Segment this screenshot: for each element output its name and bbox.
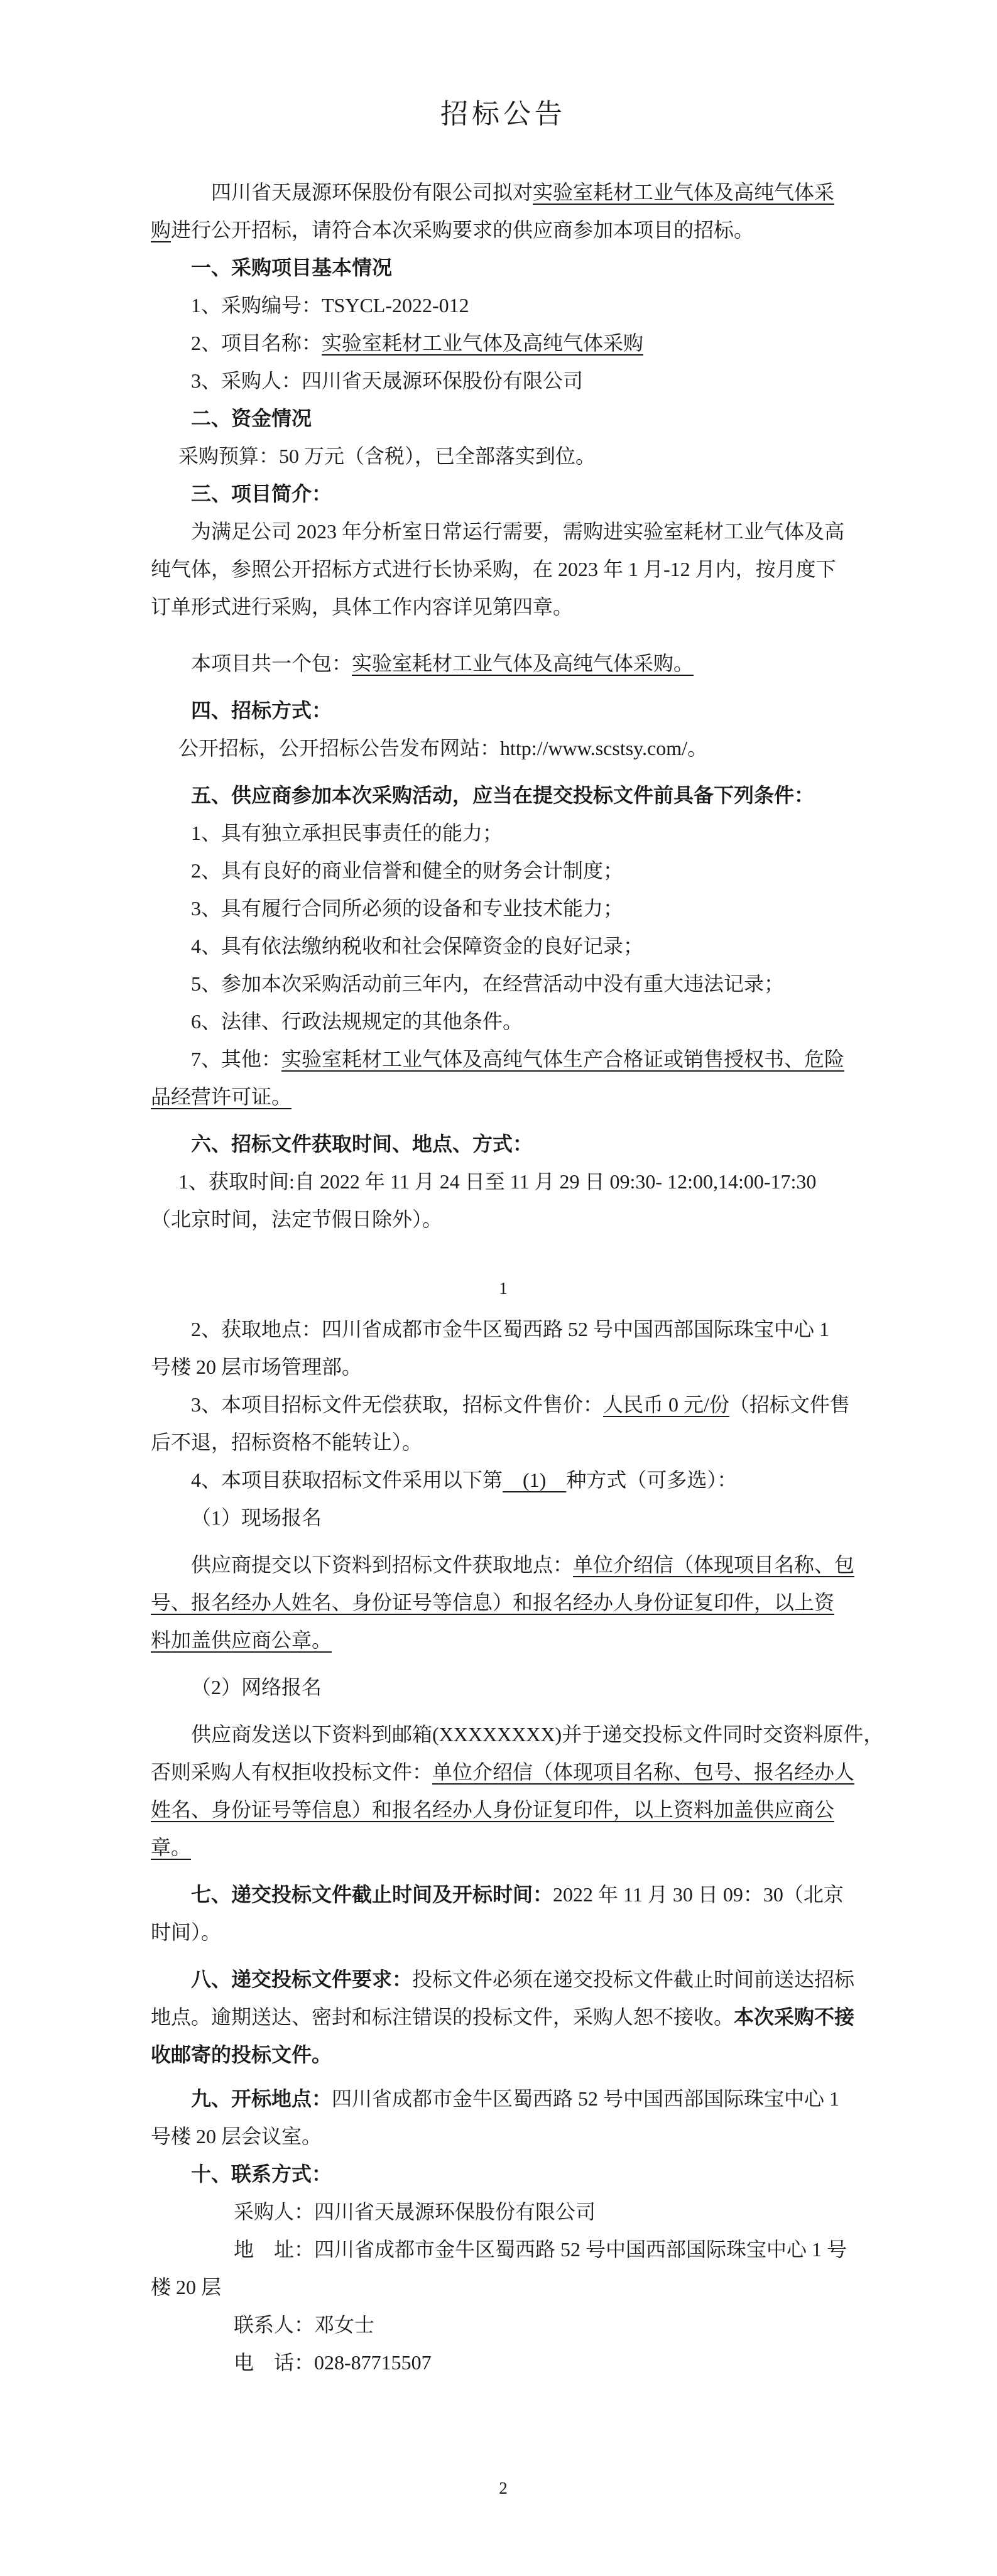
text-segment: 号、报名经办人姓名、身份证号等信息）和报名经办人身份证复印件，以上资 (151, 1591, 834, 1614)
doc-line: 2、项目名称：实验室耗材工业气体及高纯气体采购 (151, 324, 856, 362)
doc-line: 时间）。 (151, 1913, 856, 1951)
text-segment: 公开招标，公开招标公告发布网站：http://www.scstsy.com/。 (178, 737, 707, 759)
doc-line: 供应商提交以下资料到招标文件获取地点：单位介绍信（体现项目名称、包 (151, 1546, 856, 1584)
text-segment: 2、获取地点：四川省成都市金牛区蜀西路 52 号中国西部国际珠宝中心 1 (191, 1318, 829, 1340)
page-number: 2 (151, 2472, 856, 2504)
doc-line: 十、联系方式： (151, 2155, 856, 2193)
text-segment: 1、具有独立承担民事责任的能力； (191, 822, 503, 844)
text-segment: 时间）。 (151, 1921, 221, 1943)
doc-line: 否则采购人有权拒收投标文件：单位介绍信（体现项目名称、包号、报名经办人 (151, 1753, 856, 1791)
text-segment: 号楼 20 层会议室。 (151, 2125, 322, 2148)
text-segment: 六、招标文件获取时间、地点、方式： (191, 1133, 533, 1155)
doc-line: 八、递交投标文件要求：投标文件必须在递交投标文件截止时间前送达招标 (151, 1960, 856, 1998)
text-segment: 单位介绍信（体现项目名称、包 (573, 1553, 854, 1576)
text-segment: 人民币 0 元/份 (603, 1393, 729, 1416)
doc-line: 7、其他：实验室耗材工业气体及高纯气体生产合格证或销售授权书、危险 (151, 1040, 856, 1078)
doc-line: 4、具有依法缴纳税收和社会保障资金的良好记录； (151, 927, 856, 965)
text-segment: 3、具有履行合同所必须的设备和专业技术能力； (191, 897, 623, 920)
text-segment: 料加盖供应商公章。 (151, 1629, 332, 1651)
text-segment: 订单形式进行采购，具体工作内容详见第四章。 (151, 595, 573, 618)
text-segment: （北京时间，法定节假日除外）。 (151, 1208, 442, 1231)
text-segment: 后不退，招标资格不能转让）。 (151, 1431, 422, 1454)
doc-line: 供应商发送以下资料到邮箱(XXXXXXXX)并于递交投标文件同时交资料原件， (151, 1715, 856, 1753)
doc-line: 1、采购编号：TSYCL-2022-012 (151, 286, 856, 324)
doc-line: 楼 20 层 (151, 2268, 856, 2306)
text-segment: 供应商提交以下资料到招标文件获取地点： (191, 1553, 573, 1576)
text-segment: 实验室耗材工业气体及高纯气体采 (533, 181, 834, 204)
doc-line: 公开招标，公开招标公告发布网站：http://www.scstsy.com/。 (151, 729, 856, 767)
text-segment: 实验室耗材工业气体及高纯气体采购 (322, 332, 643, 354)
text-segment: 单位介绍信（体现项目名称、包号、报名经办人 (432, 1761, 854, 1783)
document-title: 招标公告 (151, 94, 856, 134)
doc-line: 联系人：邓女士 (151, 2306, 856, 2344)
doc-line: 后不退，招标资格不能转让）。 (151, 1423, 856, 1461)
text-segment: (1) (503, 1469, 566, 1491)
doc-line: 电 话：028-87715507 (151, 2344, 856, 2381)
text-segment: 八、递交投标文件要求： (191, 1968, 412, 1991)
text-segment: 1 (499, 1279, 508, 1298)
text-segment: 采购人：四川省天晟源环保股份有限公司 (234, 2200, 596, 2223)
text-segment: 四川省天晟源环保股份有限公司拟对 (211, 181, 533, 204)
text-segment: 姓名、身份证号等信息）和报名经办人身份证复印件，以上资料加盖供应商公 (151, 1798, 834, 1821)
text-segment: 实验室耗材工业气体及高纯气体采购。 (352, 652, 694, 675)
doc-line: 2、获取地点：四川省成都市金牛区蜀西路 52 号中国西部国际珠宝中心 1 (151, 1310, 856, 1348)
doc-line: 姓名、身份证号等信息）和报名经办人身份证复印件，以上资料加盖供应商公 (151, 1791, 856, 1829)
text-segment: 为满足公司 2023 年分析室日常运行需要，需购进实验室耗材工业气体及高 (191, 520, 844, 543)
doc-line: 号、报名经办人姓名、身份证号等信息）和报名经办人身份证复印件，以上资 (151, 1584, 856, 1621)
doc-line: （2）网络报名 (151, 1668, 856, 1706)
text-segment: 地 址：四川省成都市金牛区蜀西路 52 号中国西部国际珠宝中心 1 号 (234, 2238, 847, 2261)
doc-line: 三、项目简介： (151, 475, 856, 513)
doc-line: 购进行公开招标，请符合本次采购要求的供应商参加本项目的招标。 (151, 211, 856, 249)
document-body: 四川省天晟源环保股份有限公司拟对实验室耗材工业气体及高纯气体采购进行公开招标，请… (151, 173, 856, 2504)
doc-line: 5、参加本次采购活动前三年内，在经营活动中没有重大违法记录； (151, 965, 856, 1003)
doc-line: 本项目共一个包：实验室耗材工业气体及高纯气体采购。 (151, 644, 856, 682)
doc-line: 收邮寄的投标文件。 (151, 2036, 856, 2073)
text-segment: （2）网络报名 (191, 1676, 322, 1698)
text-segment: 章。 (151, 1836, 191, 1859)
text-segment: 7、其他： (191, 1048, 281, 1070)
text-segment: 电 话：028-87715507 (234, 2351, 432, 2374)
text-segment: 品经营许可证。 (151, 1085, 291, 1108)
text-segment: 三、项目简介： (191, 482, 332, 505)
text-segment: 七、递交投标文件截止时间及开标时间： (191, 1883, 553, 1906)
doc-line: 七、递交投标文件截止时间及开标时间：2022 年 11 月 30 日 09：30… (151, 1876, 856, 1913)
text-segment: 1、获取时间:自 2022 年 11 月 24 日至 11 月 29 日 09:… (178, 1170, 816, 1193)
text-segment: 本项目共一个包： (191, 652, 352, 675)
text-segment: 联系人：邓女士 (234, 2313, 374, 2336)
text-segment: 实验室耗材工业气体及高纯气体生产合格证或销售授权书、危险 (281, 1048, 844, 1070)
doc-line: 地点。逾期送达、密封和标注错误的投标文件，采购人恕不接收。本次采购不接 (151, 1998, 856, 2036)
text-segment: 2022 年 11 月 30 日 09：30（北京 (553, 1883, 844, 1906)
text-segment: 四川省成都市金牛区蜀西路 52 号中国西部国际珠宝中心 1 (332, 2087, 839, 2110)
doc-line: 二、资金情况 (151, 399, 856, 437)
document-page: 招标公告 四川省天晟源环保股份有限公司拟对实验室耗材工业气体及高纯气体采购进行公… (0, 0, 997, 2576)
doc-line: 五、供应商参加本次采购活动，应当在提交投标文件前具备下列条件： (151, 776, 856, 814)
text-segment: 购 (151, 219, 171, 241)
page-number: 1 (151, 1273, 856, 1304)
text-segment: 收邮寄的投标文件。 (151, 2043, 332, 2066)
doc-line: （北京时间，法定节假日除外）。 (151, 1200, 856, 1238)
text-segment: 4、本项目获取招标文件采用以下第 (191, 1469, 503, 1491)
doc-line: 纯气体，参照公开招标方式进行长协采购，在 2023 年 1 月-12 月内，按月… (151, 550, 856, 588)
doc-line: 为满足公司 2023 年分析室日常运行需要，需购进实验室耗材工业气体及高 (151, 513, 856, 550)
text-segment: 二、资金情况 (191, 407, 312, 430)
doc-line: 六、招标文件获取时间、地点、方式： (151, 1125, 856, 1163)
text-segment: 3、本项目招标文件无偿获取，招标文件售价： (191, 1393, 603, 1416)
doc-line: 料加盖供应商公章。 (151, 1621, 856, 1659)
text-segment: 种方式（可多选）： (566, 1469, 737, 1491)
text-segment: 本次采购不接 (734, 2006, 854, 2028)
doc-line: 章。 (151, 1829, 856, 1866)
text-segment: 十、联系方式： (191, 2163, 332, 2185)
doc-line: （1）现场报名 (151, 1499, 856, 1536)
text-segment: 3、采购人：四川省天晟源环保股份有限公司 (191, 369, 583, 392)
text-segment: 2、具有良好的商业信誉和健全的财务会计制度； (191, 859, 623, 882)
doc-line: 4、本项目获取招标文件采用以下第 (1) 种方式（可多选）： (151, 1461, 856, 1499)
doc-line: 四川省天晟源环保股份有限公司拟对实验室耗材工业气体及高纯气体采 (151, 173, 856, 211)
doc-line: 2、具有良好的商业信誉和健全的财务会计制度； (151, 852, 856, 889)
text-segment: 九、开标地点： (191, 2087, 332, 2110)
doc-line: 采购预算：50 万元（含税），已全部落实到位。 (151, 437, 856, 475)
text-segment: （1）现场报名 (191, 1506, 322, 1529)
doc-line: 1、具有独立承担民事责任的能力； (151, 814, 856, 852)
text-segment: 1、采购编号：TSYCL-2022-012 (191, 294, 469, 317)
text-segment: （招标文件售 (729, 1393, 850, 1416)
text-segment: 投标文件必须在递交投标文件截止时间前送达招标 (412, 1968, 854, 1991)
text-segment: 号楼 20 层市场管理部。 (151, 1356, 362, 1378)
doc-line: 号楼 20 层市场管理部。 (151, 1348, 856, 1386)
doc-line: 地 址：四川省成都市金牛区蜀西路 52 号中国西部国际珠宝中心 1 号 (151, 2231, 856, 2268)
doc-line: 3、具有履行合同所必须的设备和专业技术能力； (151, 889, 856, 927)
doc-line: 3、本项目招标文件无偿获取，招标文件售价：人民币 0 元/份（招标文件售 (151, 1386, 856, 1423)
text-segment: 6、法律、行政法规规定的其他条件。 (191, 1010, 523, 1033)
text-segment: 采购预算：50 万元（含税），已全部落实到位。 (178, 445, 596, 467)
text-segment: 一、采购项目基本情况 (191, 256, 392, 279)
text-segment: 否则采购人有权拒收投标文件： (151, 1761, 432, 1783)
text-segment: 4、具有依法缴纳税收和社会保障资金的良好记录； (191, 935, 643, 957)
text-segment: 五、供应商参加本次采购活动，应当在提交投标文件前具备下列条件： (191, 784, 814, 807)
doc-line: 采购人：四川省天晟源环保股份有限公司 (151, 2193, 856, 2231)
text-segment: 2、项目名称： (191, 332, 322, 354)
doc-line: 6、法律、行政法规规定的其他条件。 (151, 1003, 856, 1040)
text-segment: 供应商发送以下资料到邮箱(XXXXXXXX)并于递交投标文件同时交资料原件， (191, 1723, 883, 1746)
text-segment: 四、招标方式： (191, 699, 332, 722)
text-segment: 楼 20 层 (151, 2276, 221, 2298)
text-segment: 纯气体，参照公开招标方式进行长协采购，在 2023 年 1 月-12 月内，按月… (151, 558, 836, 580)
text-segment: 5、参加本次采购活动前三年内，在经营活动中没有重大违法记录； (191, 972, 784, 995)
text-segment: 2 (499, 2479, 508, 2497)
doc-line: 1、获取时间:自 2022 年 11 月 24 日至 11 月 29 日 09:… (151, 1163, 856, 1200)
doc-line: 九、开标地点：四川省成都市金牛区蜀西路 52 号中国西部国际珠宝中心 1 (151, 2080, 856, 2117)
text-segment: 进行公开招标，请符合本次采购要求的供应商参加本项目的招标。 (171, 219, 754, 241)
text-segment: 地点。逾期送达、密封和标注错误的投标文件，采购人恕不接收。 (151, 2006, 734, 2028)
doc-line: 四、招标方式： (151, 692, 856, 729)
doc-line: 号楼 20 层会议室。 (151, 2117, 856, 2155)
doc-line: 3、采购人：四川省天晟源环保股份有限公司 (151, 362, 856, 399)
doc-line: 一、采购项目基本情况 (151, 249, 856, 286)
doc-line: 品经营许可证。 (151, 1078, 856, 1116)
doc-line: 订单形式进行采购，具体工作内容详见第四章。 (151, 588, 856, 626)
